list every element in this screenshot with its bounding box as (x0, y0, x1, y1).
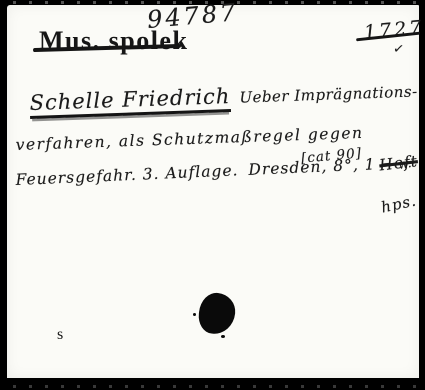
collection-stamp: Mus. spolek (39, 26, 188, 56)
author-name: Schelle Friedrich (29, 84, 231, 119)
marginal-signature: hps. (380, 191, 419, 216)
marginal-note-w: w. (397, 155, 413, 172)
old-catalog-number: 1727 (363, 16, 425, 43)
scan-frame-artifact-bottom (0, 385, 425, 388)
title-line-3: Feuersgefahr. 3. Auflage. (15, 161, 239, 189)
title-line-1: Ueber Imprägnations- (239, 82, 418, 106)
library-catalog-card: 94787 Mus. spolek 1727 ✓ Schelle Friedri… (7, 5, 419, 378)
ink-speck (193, 313, 196, 316)
entry-line-1: Schelle FriedrichUeber Imprägnations- (29, 77, 418, 115)
ink-blot (197, 291, 237, 336)
shelf-letter: s (57, 326, 63, 344)
checkmark-icon: ✓ (392, 41, 405, 57)
ink-speck (221, 335, 225, 338)
